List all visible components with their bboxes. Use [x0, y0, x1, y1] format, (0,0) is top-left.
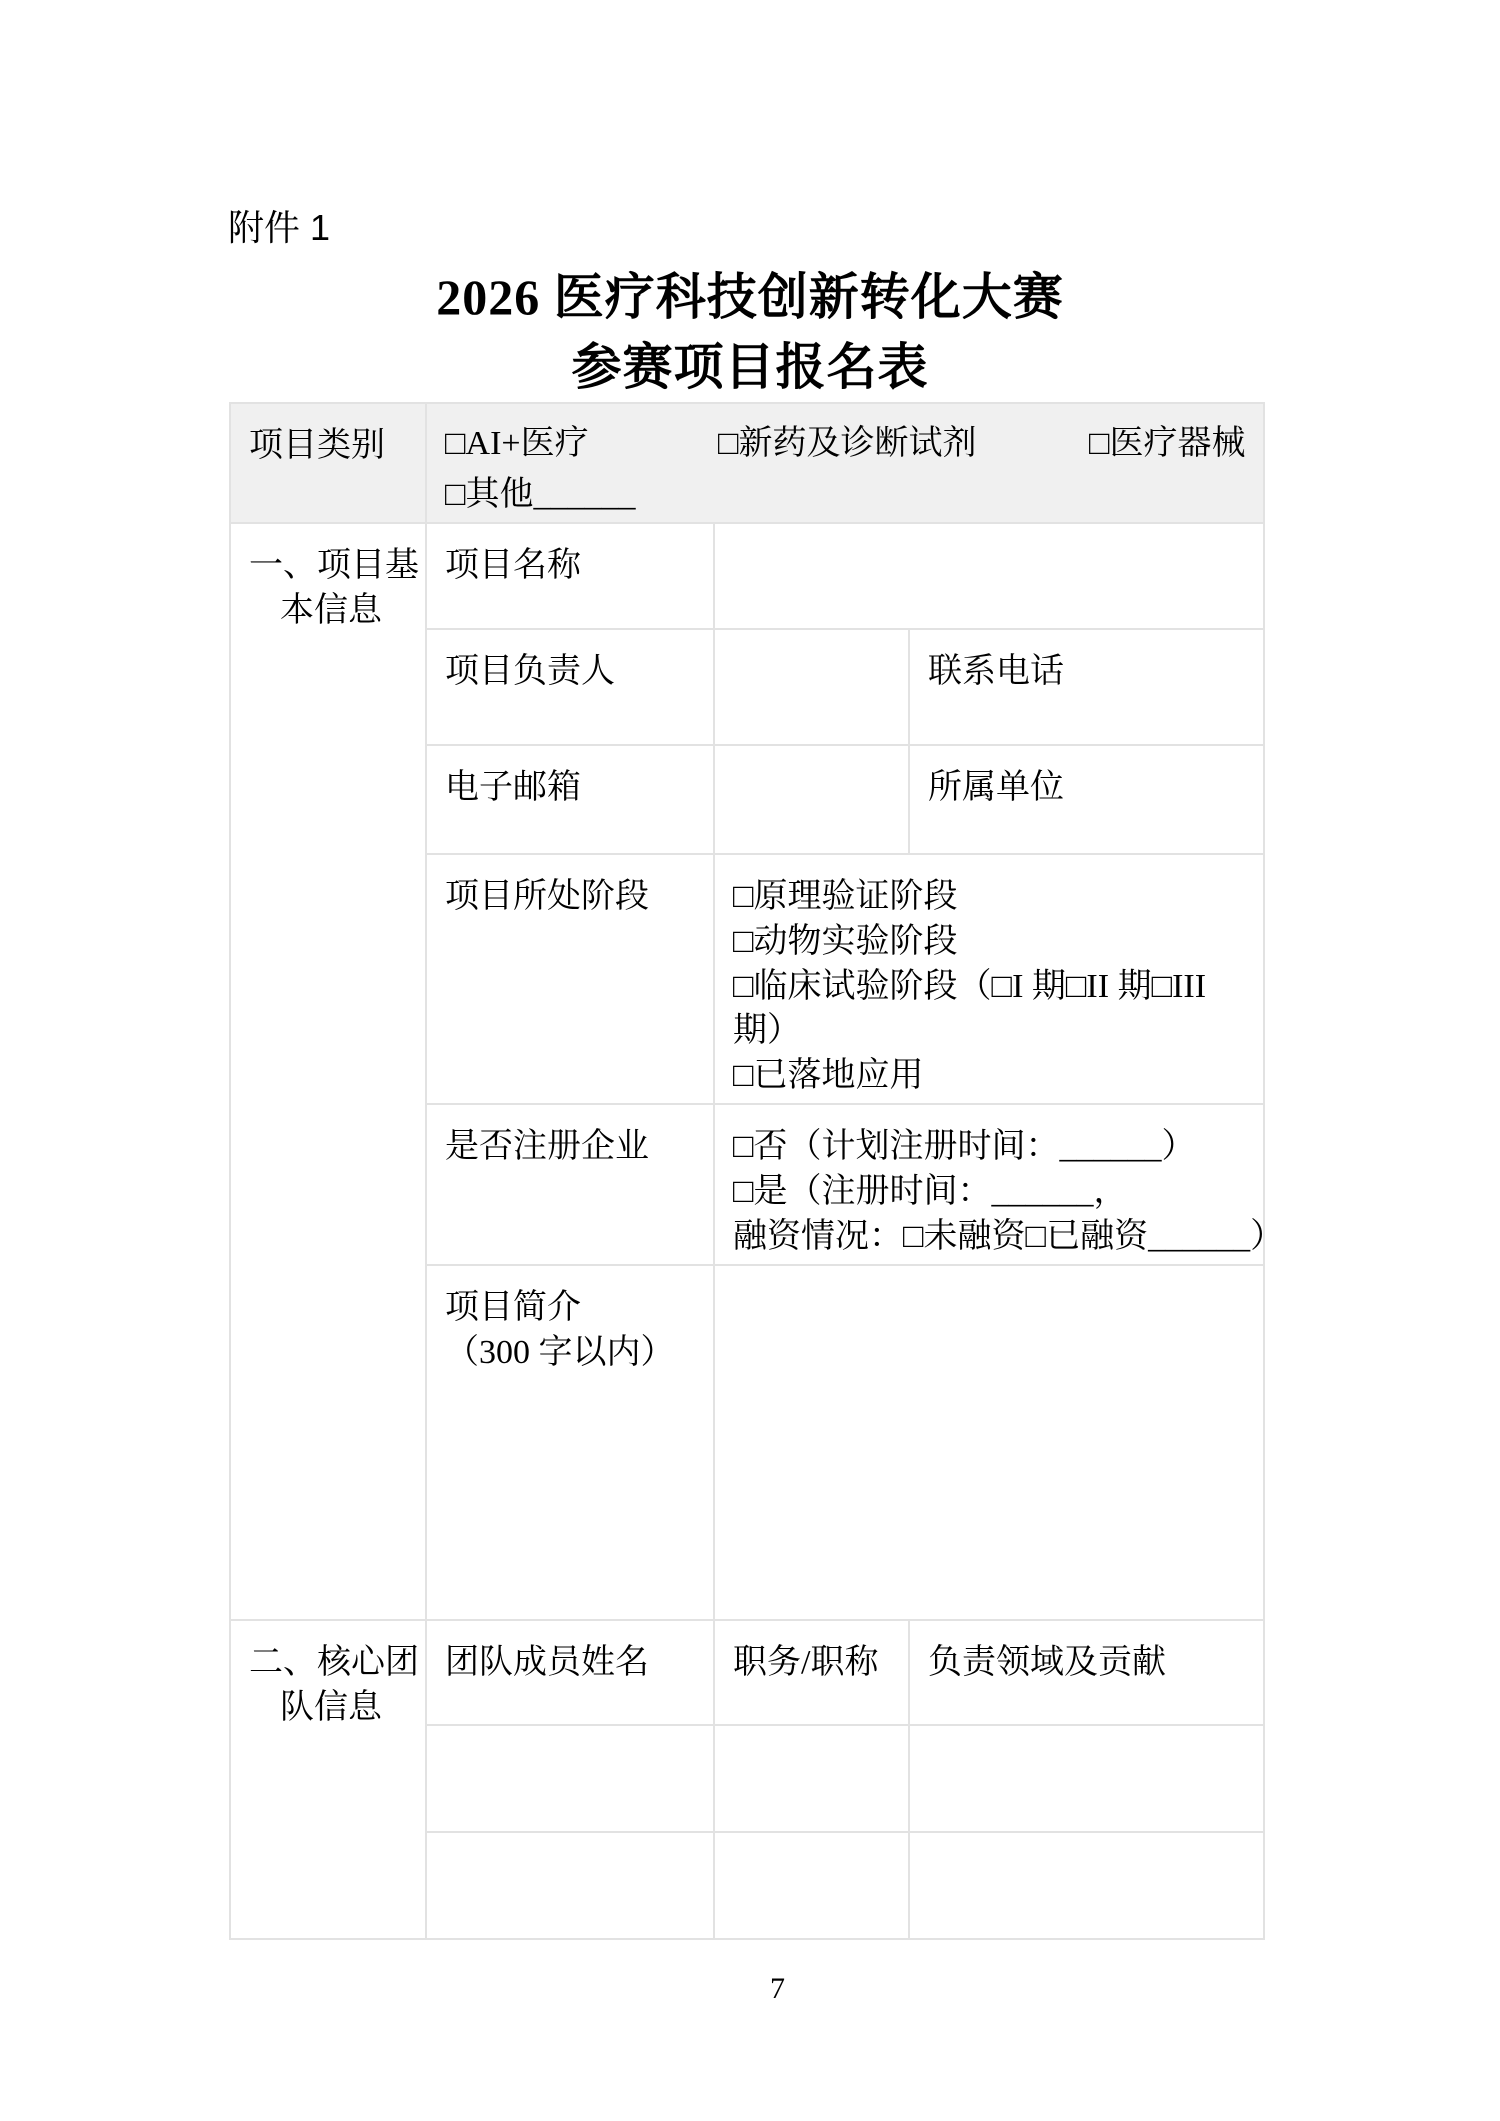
checkbox-option-ai-medical[interactable]: □AI+医疗: [445, 422, 718, 467]
checkbox-registered-yes[interactable]: □是（注册时间：______，: [733, 1170, 1251, 1215]
cell-team-member-name-header: 团队成员姓名: [426, 1620, 714, 1725]
cell-team-member-2-position-input[interactable]: [714, 1832, 909, 1939]
checkbox-registered-no[interactable]: □否（计划注册时间：______）: [733, 1125, 1251, 1170]
project-name-row: 一、项目基 本信息 项目名称: [230, 523, 1264, 629]
cell-team-contribution-header: 负责领域及贡献: [909, 1620, 1264, 1725]
cell-brief-input[interactable]: [714, 1265, 1264, 1620]
attachment-label: 附件 1: [228, 200, 330, 251]
cell-team-member-2-contribution-input[interactable]: [909, 1832, 1264, 1939]
registration-form-table: 项目类别 □AI+医疗 □新药及诊断试剂 □医疗器械 □其他______ 一、项…: [229, 402, 1265, 1940]
checkbox-stage-applied[interactable]: □已落地应用: [733, 1054, 1251, 1099]
category-row: 项目类别 □AI+医疗 □新药及诊断试剂 □医疗器械 □其他______: [230, 403, 1264, 523]
cell-team-member-2-name-input[interactable]: [426, 1832, 714, 1939]
cell-team-member-1-position-input[interactable]: [714, 1725, 909, 1832]
cell-stage-options: □原理验证阶段 □动物实验阶段 □临床试验阶段（□I 期□II 期□III 期）…: [714, 854, 1264, 1104]
page-number: 7: [770, 1972, 785, 2006]
section-team-info-header: 二、核心团 队信息: [230, 1620, 426, 1939]
document-title: 2026 医疗科技创新转化大赛 参赛项目报名表: [0, 262, 1500, 402]
cell-team-member-1-name-input[interactable]: [426, 1725, 714, 1832]
brief-label-line1: 项目简介: [445, 1286, 701, 1331]
document-title-line2: 参赛项目报名表: [0, 332, 1500, 402]
checkbox-financing-status[interactable]: 融资情况：□未融资□已融资______）: [733, 1215, 1251, 1260]
cell-phone-label: 联系电话: [909, 629, 1264, 745]
cell-project-category-label: 项目类别: [230, 403, 426, 523]
cell-registered-label: 是否注册企业: [426, 1104, 714, 1265]
section-team-info-title-line2: 队信息: [249, 1686, 413, 1731]
cell-project-name-input[interactable]: [714, 523, 1264, 629]
checkbox-option-new-drug-diagnostics[interactable]: □新药及诊断试剂: [718, 422, 1089, 467]
checkbox-stage-animal-experiment[interactable]: □动物实验阶段: [733, 920, 1251, 965]
section-team-info-title-line1: 二、核心团: [249, 1641, 413, 1686]
cell-project-name-label: 项目名称: [426, 523, 714, 629]
section-basic-info-title-line1: 一、项目基: [249, 544, 413, 589]
checkbox-stage-clinical-trial-continued: 期）: [733, 1009, 1251, 1054]
cell-project-category-options: □AI+医疗 □新药及诊断试剂 □医疗器械 □其他______: [426, 403, 1264, 523]
cell-email-label: 电子邮箱: [426, 745, 714, 854]
cell-leader-label: 项目负责人: [426, 629, 714, 745]
cell-unit-label: 所属单位: [909, 745, 1264, 854]
cell-registered-options: □否（计划注册时间：______） □是（注册时间：______， 融资情况：□…: [714, 1104, 1264, 1265]
cell-stage-label: 项目所处阶段: [426, 854, 714, 1104]
document-title-line1: 2026 医疗科技创新转化大赛: [0, 262, 1500, 332]
team-header-row: 二、核心团 队信息 团队成员姓名 职务/职称 负责领域及贡献: [230, 1620, 1264, 1725]
section-basic-info-title-line2: 本信息: [249, 589, 413, 634]
cell-email-input[interactable]: [714, 745, 909, 854]
checkbox-option-medical-device[interactable]: □医疗器械: [1089, 422, 1251, 467]
cell-team-position-header: 职务/职称: [714, 1620, 909, 1725]
cell-team-member-1-contribution-input[interactable]: [909, 1725, 1264, 1832]
checkbox-stage-clinical-trial[interactable]: □临床试验阶段（□I 期□II 期□III: [733, 965, 1251, 1010]
cell-leader-input[interactable]: [714, 629, 909, 745]
checkbox-stage-principle-validation[interactable]: □原理验证阶段: [733, 875, 1251, 920]
checkbox-option-other[interactable]: □其他______: [445, 476, 636, 513]
cell-brief-label: 项目简介 （300 字以内）: [426, 1265, 714, 1620]
section-basic-info-header: 一、项目基 本信息: [230, 523, 426, 1620]
brief-label-line2: （300 字以内）: [445, 1331, 701, 1376]
